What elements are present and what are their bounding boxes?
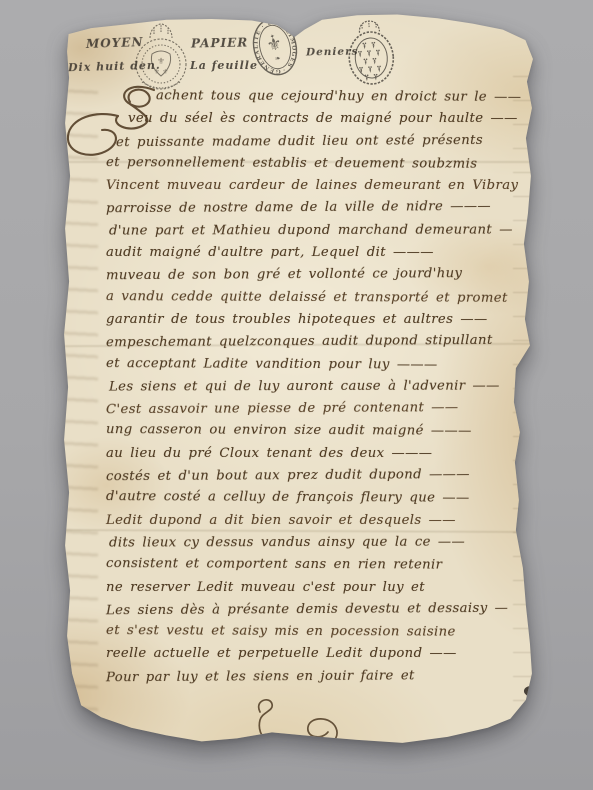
manuscript-line: a vandu cedde quitte delaissé et transpo… <box>94 286 534 310</box>
manuscript-line: achent tous que cejourd'huy en droict su… <box>94 85 534 109</box>
fiscal-text-la-feuille: La feuille <box>190 59 258 72</box>
paper-surface: MOYEN PAPIER Dix huit den. La feuille De… <box>46 10 548 764</box>
manuscript-line: muveau de son bon gré et vollonté ce jou… <box>94 263 534 288</box>
manuscript-line: ne reserver Ledit muveau c'est pour luy … <box>94 577 534 599</box>
manuscript-line: dits lieux cy dessus vandus ainsy que la… <box>97 531 537 554</box>
manuscript-line: Vincent muveau cardeur de laines demeura… <box>94 175 534 197</box>
manuscript-line: Pour par luy et les siens en jouir faire… <box>94 664 534 689</box>
manuscript-line: et personnellement establis et deuement … <box>94 152 534 176</box>
manuscript-line: Ledit dupond a dit bien savoir et desque… <box>94 510 534 532</box>
manuscript-line: consistent et comportent sans en rien re… <box>94 553 534 577</box>
manuscript-line: veu du séel ès contracts de maigné pour … <box>94 108 534 130</box>
manuscript-line: Les siens dès à présante demis devestu e… <box>94 597 534 622</box>
closing-paraph-flourish <box>226 694 386 766</box>
manuscript-line: et s'est vestu et saisy mis en pocession… <box>94 620 534 644</box>
manuscript-line: parroisse de nostre dame de la ville de … <box>94 196 534 221</box>
manuscript-line: d'autre costé a celluy de françois fleur… <box>94 486 534 510</box>
manuscript-line: empeschemant quelzconques audit dupond s… <box>94 330 534 355</box>
manuscript-line: d'une part et Mathieu dupond marchand de… <box>97 219 537 242</box>
ink-blot <box>536 702 542 707</box>
manuscript-line: ung casseron ou environ size audit maign… <box>94 419 534 443</box>
manuscript-line: C'est assavoir une piesse de pré contena… <box>94 397 534 422</box>
manuscript-line: garantir de tous troubles hipoteques et … <box>94 309 534 331</box>
svg-text:❧: ❧ <box>274 54 282 63</box>
manuscript-line: costés et d'un bout aux prez dudit dupon… <box>94 464 534 489</box>
manuscript-line: reelle actuelle et perpetuelle Ledit dup… <box>94 643 534 665</box>
svg-text:⚜: ⚜ <box>157 57 165 67</box>
manuscript-line: et puissante madame dudit lieu ont esté … <box>94 129 534 154</box>
manuscript-line: au lieu du pré Cloux tenant des deux ——— <box>94 443 534 465</box>
manuscript-line: audit maigné d'aultre part, Lequel dit —… <box>94 242 534 264</box>
manuscript-line: Les siens et qui de luy auront cause à l… <box>97 375 537 398</box>
manuscript-line: et acceptant Ladite vandition pour luy —… <box>94 353 534 377</box>
photo-background: MOYEN PAPIER Dix huit den. La feuille De… <box>0 0 593 790</box>
manuscript-body: achent tous que cejourd'huy en droict su… <box>94 86 534 688</box>
manuscript-sheet: MOYEN PAPIER Dix huit den. La feuille De… <box>46 10 548 764</box>
svg-text:⚜ ⚜: ⚜ ⚜ <box>154 68 169 76</box>
fiscal-text-papier: PAPIER <box>191 36 248 51</box>
crowned-ermine-stamp-icon <box>344 18 399 89</box>
